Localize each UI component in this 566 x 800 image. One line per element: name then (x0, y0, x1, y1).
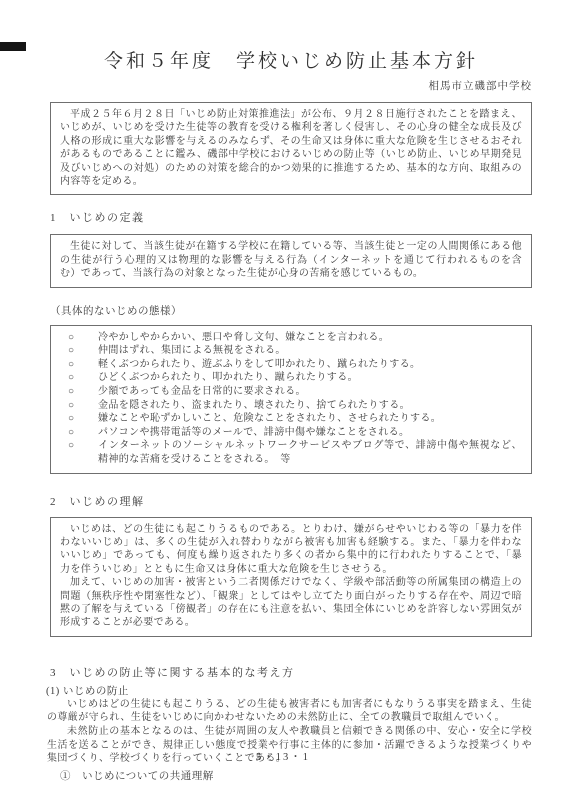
aspect-text: インターネットのソーシャルネットワークサービスやブログ等で、誹謗中傷や無視など、… (98, 440, 522, 465)
aspect-text: 少額であっても金品を日常的に要求される。 (98, 386, 306, 397)
aspect-item: ○仲間はずれ、集団による無視をされる。 (68, 344, 522, 358)
aspect-text: 軽くぶつかられたり、遊ぶふりをして叩かれたり、蹴られたりする。 (98, 359, 420, 370)
section3-heading: 3 いじめの防止等に関する基本的な考え方 (50, 664, 532, 680)
understanding-box: いじめは、どの生徒にも起こりうるものである。とりわけ、嫌がらせやいじわる等の「暴… (50, 517, 532, 637)
definition-text: 生徒に対して、当該生徒が在籍する学校に在籍している等、当該生徒と一定の人間関係に… (60, 240, 522, 280)
aspect-text: 仲間はずれ、集団による無視をされる。 (98, 345, 286, 356)
aspect-text: 嫌なことや恥ずかしいこと、危険なことをされたり、させられたりする。 (98, 413, 441, 424)
aspect-text: ひどくぶつかられたり、叩かれたり、蹴られたりする。 (98, 372, 358, 383)
page-number: 5・13・1 (0, 749, 566, 764)
aspect-item: ○ひどくぶつかられたり、叩かれたり、蹴られたりする。 (68, 371, 522, 385)
circle-bullet-icon: ○ (68, 358, 98, 372)
preamble-box: 平成２５年６月２８日「いじめ防止対策推進法」が公布、９月２８日施行されたことを踏… (50, 102, 532, 195)
circle-bullet-icon: ○ (68, 439, 98, 453)
circle-bullet-icon: ○ (68, 331, 98, 345)
aspect-item: ○インターネットのソーシャルネットワークサービスやブログ等で、誹謗中傷や無視など… (68, 439, 522, 466)
school-name: 相馬市立磯部中学校 (50, 78, 532, 93)
circle-bullet-icon: ○ (68, 385, 98, 399)
section1-heading: 1 いじめの定義 (50, 209, 532, 225)
document-page: 令和５年度 学校いじめ防止基本方針 相馬市立磯部中学校 平成２５年６月２８日「い… (0, 0, 566, 800)
section3-sub1-heading: (1) いじめの防止 (46, 683, 532, 698)
document-content: 令和５年度 学校いじめ防止基本方針 相馬市立磯部中学校 平成２５年６月２８日「い… (0, 0, 566, 783)
aspect-text: パソコンや携帯電話等のメールで、誹謗中傷や嫌なことをされる。 (98, 427, 409, 438)
aspects-box: ○冷やかしやからかい、悪口や脅し文句、嫌なことを言われる。 ○仲間はずれ、集団に… (50, 325, 532, 474)
aspect-item: ○嫌なことや恥ずかしいこと、危険なことをされたり、させられたりする。 (68, 412, 522, 426)
aspect-item: ○冷やかしやからかい、悪口や脅し文句、嫌なことを言われる。 (68, 331, 522, 345)
aspect-item: ○パソコンや携帯電話等のメールで、誹謗中傷や嫌なことをされる。 (68, 426, 522, 440)
circle-bullet-icon: ○ (68, 426, 98, 440)
circle-bullet-icon: ○ (68, 344, 98, 358)
page-title: 令和５年度 学校いじめ防止基本方針 (50, 46, 532, 73)
section2-heading: 2 いじめの理解 (50, 493, 532, 509)
aspects-label: （具体的ないじめの態様） (50, 303, 532, 318)
scan-artifact (0, 42, 26, 51)
circle-bullet-icon: ○ (68, 412, 98, 426)
understanding-paragraph-1: いじめは、どの生徒にも起こりうるものである。とりわけ、嫌がらせやいじわる等の「暴… (60, 523, 522, 577)
prevention-item-1: ① いじめについての共通理解 (60, 768, 532, 783)
definition-box: 生徒に対して、当該生徒が在籍する学校に在籍している等、当該生徒と一定の人間関係に… (50, 234, 532, 287)
preamble-text: 平成２５年６月２８日「いじめ防止対策推進法」が公布、９月２８日施行されたことを踏… (60, 108, 522, 188)
aspect-item: ○軽くぶつかられたり、遊ぶふりをして叩かれたり、蹴られたりする。 (68, 358, 522, 372)
prevention-paragraph-1: いじめはどの生徒にも起こりうる、どの生徒も被害者にも加害者にもなりうる事実を踏ま… (47, 698, 532, 725)
aspect-text: 金品を隠されたり、盗まれたり、壊されたり、捨てられたりする。 (98, 400, 410, 411)
understanding-paragraph-2: 加えて、いじめの加害・被害という二者関係だけでなく、学級や部活動等の所属集団の構… (60, 576, 522, 630)
circle-bullet-icon: ○ (68, 399, 98, 413)
aspect-item: ○少額であっても金品を日常的に要求される。 (68, 385, 522, 399)
aspect-text: 冷やかしやからかい、悪口や脅し文句、嫌なことを言われる。 (98, 332, 389, 343)
aspect-item: ○金品を隠されたり、盗まれたり、壊されたり、捨てられたりする。 (68, 399, 522, 413)
circle-bullet-icon: ○ (68, 371, 98, 385)
